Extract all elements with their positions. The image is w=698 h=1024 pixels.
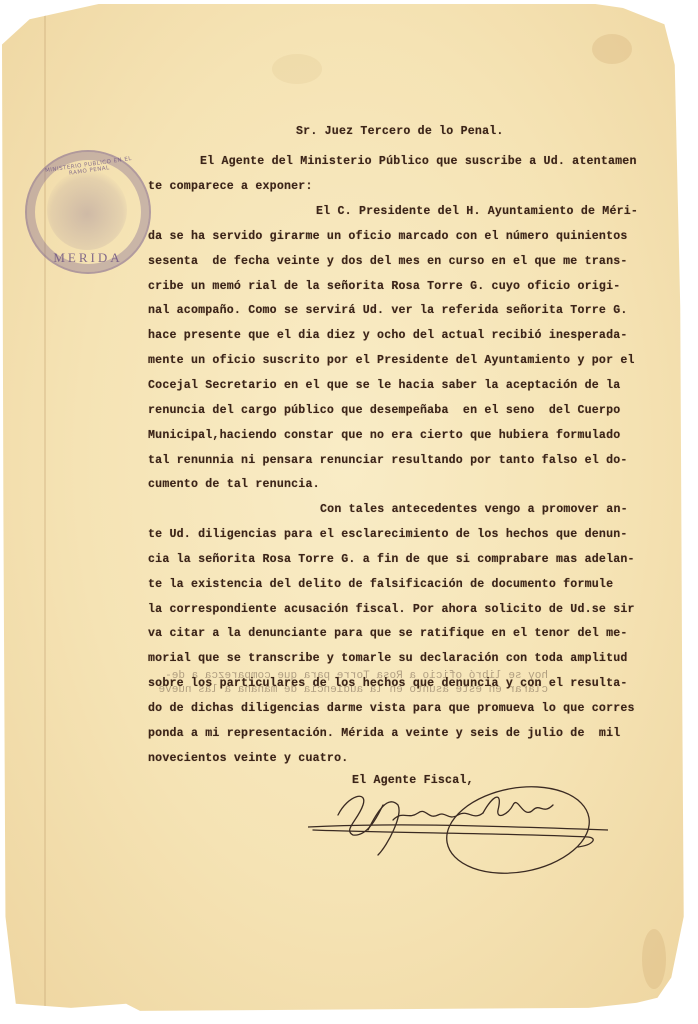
body-line: te comparece a exponer:	[148, 180, 313, 193]
body-line: la correspondiente acusación fiscal. Por…	[148, 603, 635, 616]
addressee: Sr. Juez Tercero de lo Penal.	[296, 125, 504, 138]
body-line: sesenta de fecha veinte y dos del mes en…	[148, 255, 628, 268]
body-line: morial que se transcribe y tomarle su de…	[148, 652, 628, 665]
seal-bottom-text: MERIDA	[27, 250, 149, 266]
body-line: cribe un memó rial de la señorita Rosa T…	[148, 280, 620, 293]
body-line: El C. Presidente del H. Ayuntamiento de …	[316, 205, 638, 218]
body-line: cumento de tal renuncia.	[148, 478, 320, 491]
body-line: El Agente del Ministerio Público que sus…	[200, 155, 637, 168]
body-line: sobre los particulares de los hechos que…	[148, 677, 628, 690]
body-line: Con tales antecedentes vengo a promover …	[320, 503, 628, 516]
body-line: Municipal,haciendo constar que no era ci…	[148, 429, 620, 442]
body-line: ponda a mi representación. Mérida a vein…	[148, 727, 620, 740]
stain	[642, 929, 666, 989]
handwritten-signature	[308, 775, 608, 890]
body-line: te Ud. diligencias para el esclarecimien…	[148, 528, 628, 541]
body-line: mente un oficio suscrito por el Presiden…	[148, 354, 635, 367]
body-line: novecientos veinte y cuatro.	[148, 752, 348, 765]
stain	[592, 34, 632, 64]
paper-fold-line	[44, 4, 46, 1018]
body-line: hace presente que el dia diez y ocho del…	[148, 329, 628, 342]
official-seal-stamp: MINISTERIO PUBLICO EN EL RAMO PENAL MERI…	[25, 150, 151, 274]
body-line: Cocejal Secretario en el que se le hacia…	[148, 379, 620, 392]
body-line: nal acompaño. Como se servirá Ud. ver la…	[148, 304, 628, 317]
body-line: da se ha servido girarme un oficio marca…	[148, 230, 628, 243]
signature-icon	[308, 775, 608, 885]
stain	[272, 54, 322, 84]
body-line: renuncia del cargo público que desempeña…	[148, 404, 620, 417]
body-line: tal renunnia ni pensara renunciar result…	[148, 454, 628, 467]
body-line: do de dichas diligencias darme vista par…	[148, 702, 635, 715]
body-line: va citar a la denunciante para que se ra…	[148, 627, 628, 640]
body-line: te la existencia del delito de falsifica…	[148, 578, 613, 591]
seal-emblem-icon	[47, 170, 127, 250]
body-line: cia la señorita Rosa Torre G. a fin de q…	[148, 553, 635, 566]
